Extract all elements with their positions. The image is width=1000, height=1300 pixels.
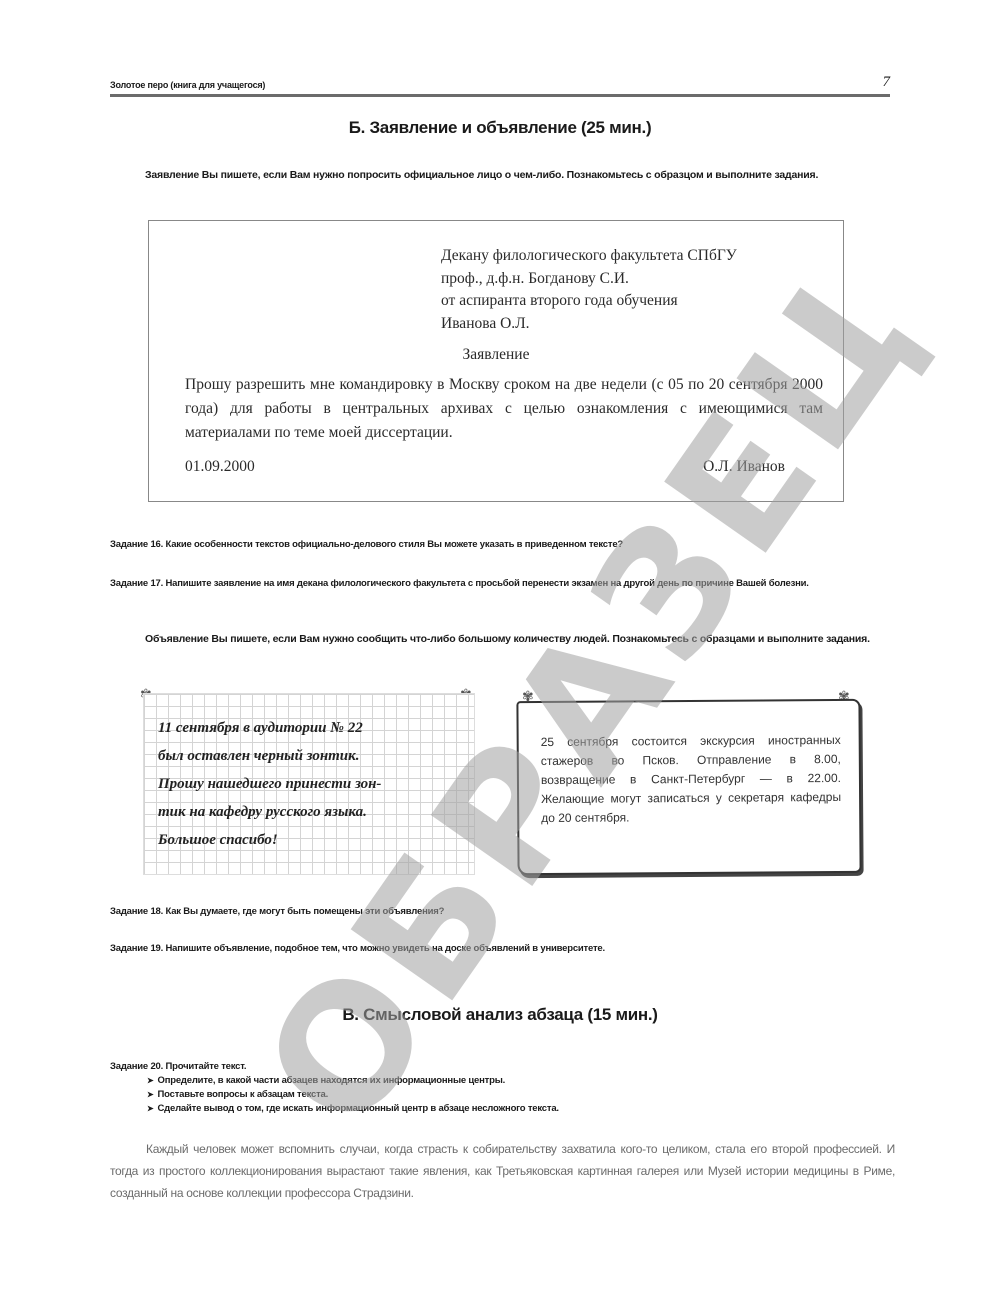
page-number: 7: [883, 74, 891, 91]
addressee-line: Иванова О.Л.: [441, 313, 737, 336]
section-b-title: Б. Заявление и объявление (25 мин.): [0, 118, 1000, 138]
running-header: Золотое перо (книга для учащегося) 7: [110, 78, 890, 96]
bullet-item: Поставьте вопросы к абзацам текста.: [147, 1088, 890, 1102]
handwritten-line: был оставлен черный зонтик.: [158, 742, 466, 770]
handwritten-line: 11 сентября в аудитории № 22: [158, 714, 466, 742]
addressee-line: проф., д.ф.н. Богданову С.И.: [441, 268, 737, 291]
running-title: Золотое перо (книга для учащегося): [110, 80, 265, 90]
bullet-item: Сделайте вывод о том, где искать информа…: [147, 1102, 890, 1116]
task-20: Задание 20. Прочитайте текст. Определите…: [110, 1060, 890, 1116]
ads-intro: Объявление Вы пишете, если Вам нужно соо…: [145, 630, 890, 649]
application-sample: Декану филологического факультета СПбГУ …: [148, 220, 844, 502]
task-17: Задание 17. Напишите заявление на имя де…: [110, 576, 895, 592]
reading-paragraph: Каждый человек может вспомнить случаи, к…: [110, 1138, 895, 1204]
application-signature: О.Л. Иванов: [703, 458, 785, 476]
handwritten-line: тик на кафедру русского языка.: [158, 798, 466, 826]
handwritten-line: Прошу нашедшего принести зон-: [158, 770, 466, 798]
handwritten-ad-text: 11 сентября в аудитории № 22 был оставле…: [158, 714, 466, 854]
application-title: Заявление: [149, 346, 843, 364]
application-date: 01.09.2000: [185, 458, 255, 476]
task-18: Задание 18. Как Вы думаете, где могут бы…: [110, 904, 895, 920]
application-body: Прошу разрешить мне командировку в Москв…: [185, 373, 823, 445]
task-16: Задание 16. Какие особенности текстов оф…: [110, 537, 895, 553]
addressee-line: от аспиранта второго года обучения: [441, 290, 737, 313]
addressee-line: Декану филологического факультета СПбГУ: [441, 245, 737, 268]
section-v-title: В. Смысловой анализ абзаца (15 мин.): [0, 1005, 1000, 1025]
printed-ad: 25 сентября состоится экскурсия иностран…: [516, 699, 861, 875]
task-19: Задание 19. Напишите объявление, подобно…: [110, 941, 895, 957]
bullet-item: Определите, в какой части абзацев находя…: [147, 1074, 890, 1088]
addressee-block: Декану филологического факультета СПбГУ …: [441, 245, 737, 335]
task-20-bullets: Определите, в какой части абзацев находя…: [110, 1074, 890, 1116]
printed-ad-text: 25 сентября состоится экскурсия иностран…: [541, 731, 842, 828]
task-20-heading: Задание 20. Прочитайте текст.: [110, 1060, 890, 1074]
handwritten-line: Большое спасибо!: [158, 826, 466, 854]
header-rule: [110, 94, 890, 97]
handwritten-ad: 11 сентября в аудитории № 22 был оставле…: [143, 693, 475, 875]
section-b-intro: Заявление Вы пишете, если Вам нужно попр…: [145, 166, 890, 185]
